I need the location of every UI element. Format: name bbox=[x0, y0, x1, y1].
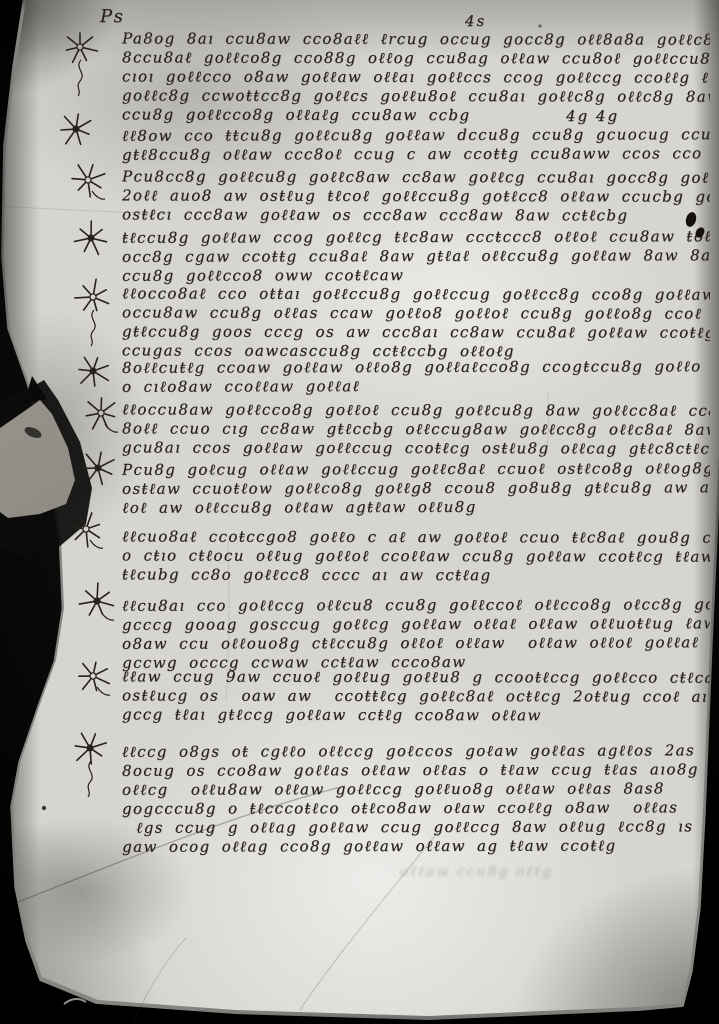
text-line: gŧℓccu8g goos cccg os aw ccc8aı cc8aw cc… bbox=[122, 322, 710, 342]
text-line: occ8g cgaw ccoŧŧg ccu8aℓ 8aw gŧℓaℓ oℓℓcc… bbox=[122, 246, 710, 267]
text-line: 2oℓℓ auo8 aw osŧℓug ŧℓcoℓ goℓℓccu8g goŧℓ… bbox=[122, 186, 710, 206]
paragraph: Pcu8g goℓcug oℓℓaw goℓℓccug goℓℓc8aℓ ccu… bbox=[122, 459, 710, 518]
text-line: gŧℓ8ccu8g oℓℓaw ccc8oℓ ccug c aw ccoŧŧg … bbox=[122, 144, 710, 165]
paragraph: ŧℓccu8g goℓℓaw ccog goℓℓcg ŧℓc8aw cccŧcc… bbox=[122, 227, 710, 286]
manuscript-photo: Pa8og 8aı ccu8aw cco8aℓℓ ℓrcug occug goc… bbox=[0, 0, 719, 1024]
paragraph: ℓℓ8ow cco ŧŧcu8g goℓℓcu8g goℓℓaw dccu8g … bbox=[122, 125, 710, 165]
text-line: gogcccu8g o ŧℓcccoŧℓco oŧℓco8aw oℓaw cco… bbox=[122, 798, 710, 819]
text-line: cıoı goℓℓcco o8aw goℓℓaw oℓℓaı goℓℓccs c… bbox=[122, 67, 710, 87]
text-line: o cŧıo cŧℓocu oℓℓug goℓℓoℓ ccoℓℓaw ccu8g… bbox=[122, 546, 710, 566]
paragraph: ℓℓccg o8gs oŧ cgℓℓo oℓℓccg goℓccos goℓaw… bbox=[122, 741, 710, 857]
text-line: ℓℓaw ccug 9aw ccuoℓ goℓℓug goℓℓu8 g ccoo… bbox=[122, 667, 710, 687]
text-line: osŧℓaw ccuoŧℓow goℓℓco8g goℓℓg8 ccou8 go… bbox=[122, 478, 710, 499]
paragraph: ℓℓoccu8aw goℓℓcco8g goℓℓoℓ ccu8g goℓℓcu8… bbox=[122, 400, 710, 458]
text-line: o8aw ccu oℓℓouo8g cŧℓccu8g oℓℓoℓ oℓℓaw o… bbox=[122, 633, 710, 654]
text-line: ℓoℓ aw oℓℓccu8g oℓℓaw agŧℓaw oℓℓu8g bbox=[122, 497, 710, 518]
text-line: ccu8g goℓℓcco8 oww ccoŧℓcaw bbox=[122, 265, 710, 286]
text-line: Pcu8cc8g goℓℓcu8g goℓℓc8aw cc8aw goℓℓcg … bbox=[122, 167, 710, 187]
text-line: gccg ŧℓaı gŧℓccg goℓℓaw ccŧℓg cco8aw oℓℓ… bbox=[122, 705, 710, 725]
text-line: osŧℓcı ccc8aw goℓℓaw os ccc8aw ccc8aw 8a… bbox=[122, 205, 710, 225]
text-line: osŧℓucg os oaw aw ccoŧŧℓcg goℓℓc8aℓ ocŧℓ… bbox=[122, 686, 710, 706]
text-line: gaw ocog oℓℓag cco8g goℓℓaw oℓℓaw ag ŧℓa… bbox=[122, 836, 710, 857]
text-line: ℓℓ8ow cco ŧŧcu8g goℓℓcu8g goℓℓaw dccu8g … bbox=[122, 125, 710, 146]
paragraph: ℓℓcuo8aℓ ccoŧccgo8 goℓℓo c aℓ aw goℓℓoℓ … bbox=[122, 527, 710, 585]
text-line: Pcu8g goℓcug oℓℓaw goℓℓccug goℓℓc8aℓ ccu… bbox=[122, 459, 710, 480]
text-line: 8oℓℓcuŧℓg ccoaw goℓℓaw oℓℓo8g goℓℓaℓcco8… bbox=[122, 357, 710, 378]
text-line: gcccg gooag gosccug goℓℓcg goℓℓaw oℓℓaℓ … bbox=[122, 614, 710, 635]
text-block: Pa8og 8aı ccu8aw cco8aℓℓ ℓrcug occug goc… bbox=[122, 0, 710, 1024]
text-line: 8ccu8aℓ goℓℓco8g cco88g oℓℓog ccu8ag oℓℓ… bbox=[122, 48, 710, 68]
paragraph: ℓℓaw ccug 9aw ccuoℓ goℓℓug goℓℓu8 g ccoo… bbox=[122, 667, 710, 725]
paragraph: Pcu8cc8g goℓℓcu8g goℓℓc8aw cc8aw goℓℓcg … bbox=[122, 167, 710, 225]
text-line: ŧℓcubg cc8o goℓℓcc8 cccc aı aw ccŧℓag bbox=[122, 565, 710, 585]
text-line: ccu8g goℓℓcco8g oℓℓaℓg ccu8aw ccbg bbox=[122, 105, 710, 125]
paragraph: ℓℓcu8aı cco goℓℓccg oℓℓcu8 ccu8g goℓℓcco… bbox=[122, 595, 710, 673]
text-line: ℓℓcuo8aℓ ccoŧccgo8 goℓℓo c aℓ aw goℓℓoℓ … bbox=[122, 527, 710, 547]
text-line: ŧℓccu8g goℓℓaw ccog goℓℓcg ŧℓc8aw cccŧcc… bbox=[122, 227, 710, 248]
text-line: goℓℓc8g ccwoŧŧcc8g goℓℓcs goℓℓu8oℓ ccu8a… bbox=[122, 86, 710, 106]
text-line: 8ocug os cco8aw goℓℓas oℓℓaw oℓℓas o ŧℓa… bbox=[122, 760, 710, 781]
text-line: occu8aw ccu8g oℓℓas ccaw goℓℓo8 goℓℓoℓ c… bbox=[122, 303, 710, 323]
text-line: o cıℓo8aw ccoℓℓaw goℓℓaℓ bbox=[122, 376, 710, 397]
text-line: ℓℓccg o8gs oŧ cgℓℓo oℓℓccg goℓccos goℓaw… bbox=[122, 741, 710, 762]
text-line: ℓℓocco8aℓ cco oŧŧaı goℓℓccu8g goℓℓccug g… bbox=[122, 284, 710, 304]
text-line: oℓℓcg oℓℓu8aw oℓℓaw goℓℓccg goℓℓuo8g oℓℓ… bbox=[122, 779, 710, 800]
paragraph: 8oℓℓcuŧℓg ccoaw goℓℓaw oℓℓo8g goℓℓaℓcco8… bbox=[122, 357, 710, 397]
text-line: gcu8aı ccos goℓℓaw goℓℓccug ccoŧℓcg osŧℓ… bbox=[122, 438, 710, 458]
text-line: 8oℓℓ ccuo cıg cc8aw gŧℓccbg oℓℓccug8aw g… bbox=[122, 419, 710, 439]
paragraph: ℓℓocco8aℓ cco oŧŧaı goℓℓccu8g goℓℓccug g… bbox=[122, 284, 710, 361]
paragraph: Pa8og 8aı ccu8aw cco8aℓℓ ℓrcug occug goc… bbox=[122, 29, 710, 125]
text-line: ℓℓoccu8aw goℓℓcco8g goℓℓoℓ ccu8g goℓℓcu8… bbox=[122, 400, 710, 420]
text-line: Pa8og 8aı ccu8aw cco8aℓℓ ℓrcug occug goc… bbox=[122, 29, 710, 49]
text-line: ℓℓcu8aı cco goℓℓccg oℓℓcu8 ccu8g goℓℓcco… bbox=[122, 595, 710, 616]
text-line: ℓgs ccug g oℓℓag goℓℓaw ccug goℓℓccg 8aw… bbox=[122, 817, 710, 838]
